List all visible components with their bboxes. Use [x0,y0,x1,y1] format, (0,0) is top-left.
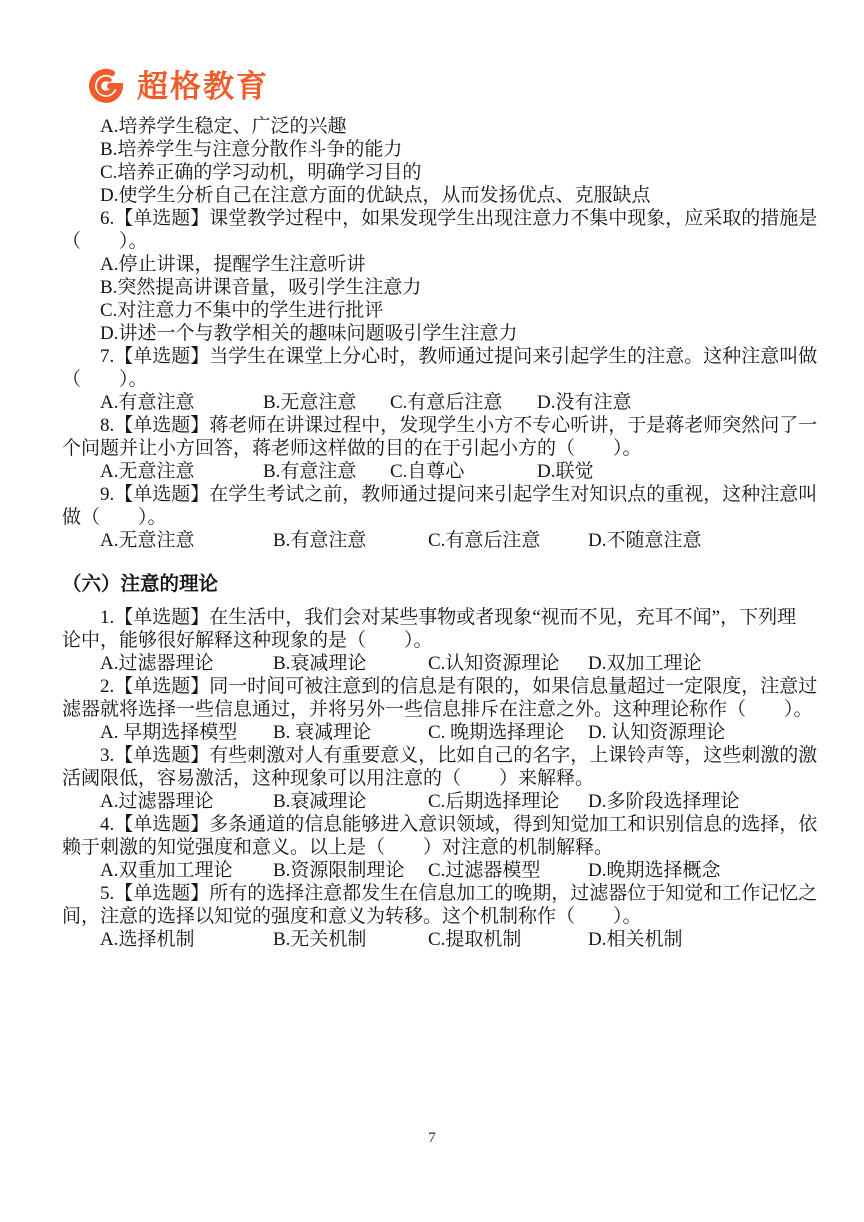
option-line: C.对注意力不集中的学生进行批评 [62,299,806,322]
options-row: A.无意注意B.有意注意C.有意后注意D.不随意注意 [62,529,806,552]
option-item: B.无意注意 [263,391,390,414]
option-item: B. 衰减理论 [273,721,428,744]
question-line: 5.【单选题】所有的选择注意都发生在信息加工的晚期，过滤器位于知觉和工作记忆之 [62,882,806,905]
options-row: A. 早期选择模型B. 衰减理论C. 晚期选择理论D. 认知资源理论 [62,721,806,744]
option-item: B.衰减理论 [273,790,428,813]
option-item: B.有意注意 [263,460,390,483]
option-item: A.无意注意 [100,529,273,552]
question-continuation-line: 个问题并让小方回答，蒋老师这样做的目的在于引起小方的（ ）。 [62,437,806,460]
question-continuation-line: （ ）。 [62,368,806,391]
document-page: 超格教育 A.培养学生稳定、广泛的兴趣B.培养学生与注意分散作斗争的能力C.培养… [0,0,864,1222]
option-item: D.双加工理论 [588,652,806,675]
page-number: 7 [0,1129,864,1147]
question-line: 4.【单选题】多条通道的信息能够进入意识领域，得到知觉加工和识别信息的选择，依 [62,813,806,836]
option-item: D.晚期选择概念 [588,859,806,882]
option-line: B.突然提高讲课音量，吸引学生注意力 [62,276,806,299]
option-item: C. 晚期选择理论 [428,721,588,744]
question-continuation-line: 间，注意的选择以知觉的强度和意义为转移。这个机制称作（ ）。 [62,905,806,928]
question-line: 9.【单选题】在学生考试之前，教师通过提问来引起学生对知识点的重视，这种注意叫 [62,483,806,506]
options-row: A.双重加工理论B.资源限制理论C.过滤器模型D.晚期选择概念 [62,859,806,882]
option-line: C.培养正确的学习动机，明确学习目的 [62,161,806,184]
question-line: 7.【单选题】当学生在课堂上分心时，教师通过提问来引起学生的注意。这种注意叫做 [62,345,806,368]
document-body: A.培养学生稳定、广泛的兴趣B.培养学生与注意分散作斗争的能力C.培养正确的学习… [62,115,806,951]
option-item: A.过滤器理论 [100,790,273,813]
options-row: A.无意注意B.有意注意C.自尊心D.联觉 [62,460,806,483]
option-item: C.认知资源理论 [428,652,588,675]
option-line: A.培养学生稳定、广泛的兴趣 [62,115,806,138]
option-item: A.选择机制 [100,928,273,951]
option-item: A.过滤器理论 [100,652,273,675]
chaoge-logo: 超格教育 [84,64,269,108]
option-item: D.联觉 [537,460,806,483]
option-item: C.有意后注意 [390,391,537,414]
question-continuation-line: 论中，能够很好解释这种现象的是（ ）。 [62,629,806,652]
options-row: A.过滤器理论B.衰减理论C.后期选择理论D.多阶段选择理论 [62,790,806,813]
option-item: C.自尊心 [390,460,537,483]
options-row: A.选择机制B.无关机制C.提取机制D.相关机制 [62,928,806,951]
option-item: D.相关机制 [588,928,806,951]
option-item: D.没有注意 [537,391,806,414]
option-item: C.提取机制 [428,928,588,951]
option-line: D.使学生分析自己在注意方面的优缺点，从而发扬优点、克服缺点 [62,184,806,207]
question-line: 2.【单选题】同一时间可被注意到的信息是有限的，如果信息量超过一定限度，注意过 [62,675,806,698]
question-continuation-line: 做（ ）。 [62,506,806,529]
chaoge-g-icon [84,64,128,108]
options-row: A.有意注意B.无意注意C.有意后注意D.没有注意 [62,391,806,414]
option-item: D.不随意注意 [588,529,806,552]
option-item: D.多阶段选择理论 [588,790,806,813]
option-item: D. 认知资源理论 [588,721,806,744]
option-item: C.有意后注意 [428,529,588,552]
option-item: B.有意注意 [273,529,428,552]
question-line: 1.【单选题】在生活中，我们会对某些事物或者现象“视而不见，充耳不闻”，下列理 [62,606,806,629]
option-item: A.无意注意 [100,460,263,483]
question-continuation-line: 活阈限低，容易激活，这种现象可以用注意的（ ）来解释。 [62,767,806,790]
option-item: B.资源限制理论 [273,859,428,882]
option-item: C.后期选择理论 [428,790,588,813]
option-item: B.衰减理论 [273,652,428,675]
question-line: 6.【单选题】课堂教学过程中，如果发现学生出现注意力不集中现象，应采取的措施是 [62,207,806,230]
question-line: 8.【单选题】蒋老师在讲课过程中，发现学生小方不专心听讲，于是蒋老师突然问了一 [62,414,806,437]
option-line: D.讲述一个与教学相关的趣味问题吸引学生注意力 [62,322,806,345]
question-continuation-line: 赖于刺激的知觉强度和意义。以上是（ ）对注意的机制解释。 [62,836,806,859]
option-line: B.培养学生与注意分散作斗争的能力 [62,138,806,161]
section-heading: （六）注意的理论 [62,573,806,596]
question-continuation-line: （ ）。 [62,230,806,253]
option-item: A.双重加工理论 [100,859,273,882]
option-line: A.停止讲课，提醒学生注意听讲 [62,253,806,276]
option-item: A. 早期选择模型 [100,721,273,744]
question-continuation-line: 滤器就将选择一些信息通过，并将另外一些信息排斥在注意之外。这种理论称作（ ）。 [62,698,806,721]
question-line: 3.【单选题】有些刺激对人有重要意义，比如自己的名字，上课铃声等，这些刺激的激 [62,744,806,767]
option-item: A.有意注意 [100,391,263,414]
options-row: A.过滤器理论B.衰减理论C.认知资源理论D.双加工理论 [62,652,806,675]
option-item: B.无关机制 [273,928,428,951]
logo-text: 超格教育 [137,71,269,102]
option-item: C.过滤器模型 [428,859,588,882]
